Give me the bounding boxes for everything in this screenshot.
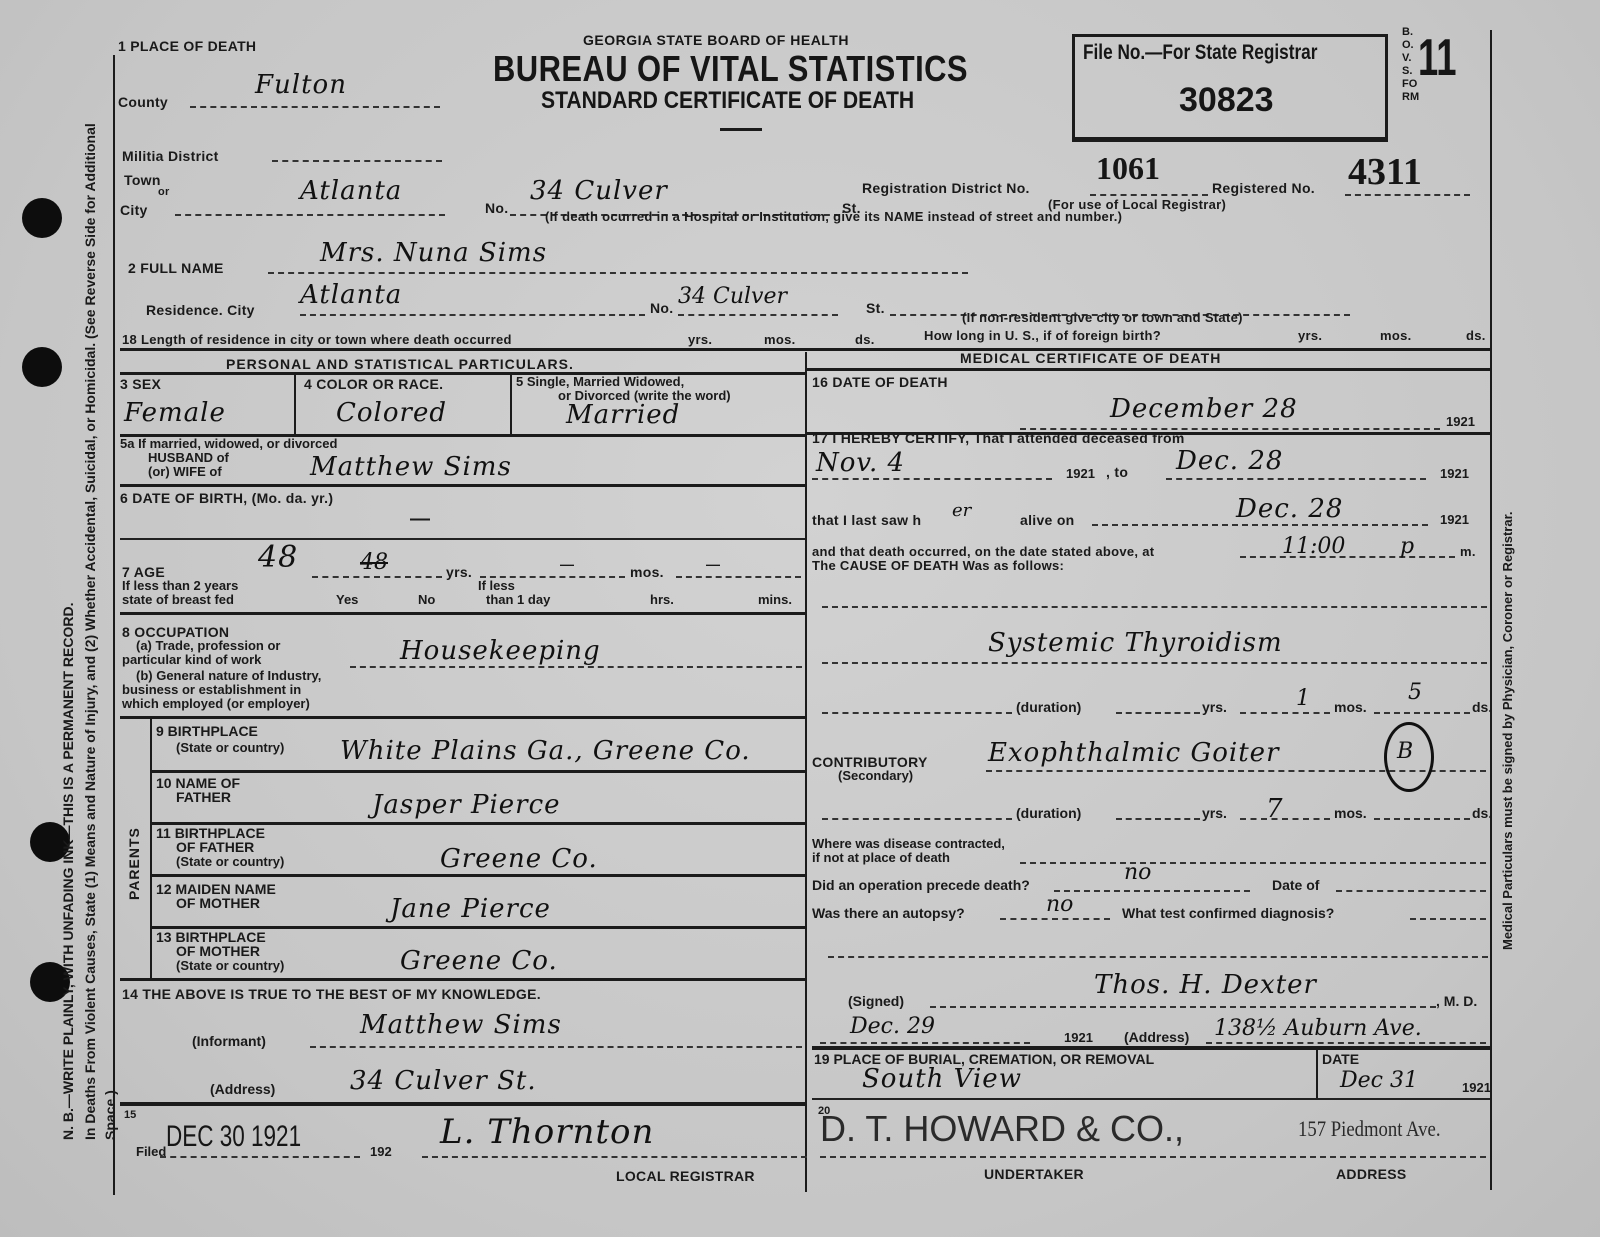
- row-rule-6: [150, 770, 805, 773]
- city-line: [175, 214, 445, 216]
- margin-instruction-right: Medical Particulars must be signed by Ph…: [1500, 511, 1515, 950]
- contrib-mos-label: mos.: [1334, 806, 1367, 821]
- registered-line: [1345, 194, 1470, 196]
- informant-line: [310, 1046, 802, 1048]
- street-no-label: No.: [485, 200, 508, 216]
- sex-label: 3 SEX: [120, 376, 161, 392]
- filed-line: [160, 1156, 360, 1158]
- contrib-yrs-label: yrs.: [1202, 806, 1227, 821]
- father-bp-label-2: OF FATHER: [176, 840, 254, 855]
- age-ds-value[interactable]: —: [706, 556, 720, 572]
- time-line: [1240, 556, 1455, 558]
- contrib-yrs-value[interactable]: 7: [1266, 794, 1284, 824]
- dob-value[interactable]: —: [410, 508, 430, 531]
- birthplace-value[interactable]: White Plains Ga., Greene Co.: [340, 736, 751, 766]
- age-mos-label: mos.: [630, 564, 664, 580]
- occupation-value[interactable]: Housekeeping: [400, 636, 601, 666]
- residence-street-value[interactable]: 34 Culver: [678, 284, 787, 309]
- personal-title-rule: [120, 372, 805, 375]
- secondary-label: (Secondary): [838, 768, 913, 783]
- marital-label-1: 5 Single, Married Widowed,: [516, 374, 684, 389]
- signed-label: (Signed): [848, 994, 904, 1009]
- length-ds: ds.: [855, 332, 875, 347]
- cause-value[interactable]: Systemic Thyroidism: [988, 628, 1283, 658]
- yes-label: Yes: [336, 592, 358, 607]
- circled-mark: B: [1384, 722, 1434, 792]
- if-less-label: If less: [478, 578, 515, 593]
- death-certificate: N. B.—WRITE PLAINLY, WITH UNFADING INK—T…: [0, 0, 1600, 1237]
- county-value[interactable]: Fulton: [255, 70, 347, 100]
- file-number-box: File No.—For State Registrar 30823: [1072, 34, 1388, 142]
- mother-bp-value[interactable]: Greene Co.: [400, 946, 558, 976]
- sign-year: 1921: [1064, 1030, 1093, 1045]
- attended-to-value[interactable]: Dec. 28: [1176, 446, 1283, 476]
- father-label-2: FATHER: [176, 790, 231, 805]
- than-1-day-label: than 1 day: [486, 592, 550, 607]
- cause-label: The CAUSE OF DEATH Was as follows:: [812, 558, 1064, 573]
- foreign-mos: mos.: [1380, 328, 1412, 343]
- county-label: County: [118, 94, 168, 110]
- parents-left-rule: [150, 718, 152, 978]
- frame-right: [1490, 30, 1492, 1190]
- occ-line: [350, 666, 802, 668]
- reg-district-value[interactable]: 1061: [1096, 150, 1160, 187]
- city-value[interactable]: Atlanta: [300, 176, 402, 206]
- mother-value[interactable]: Jane Pierce: [390, 894, 551, 924]
- full-name-line: [268, 272, 968, 274]
- breastfed-label-1: If less than 2 years: [122, 578, 238, 593]
- burial-date-value[interactable]: Dec 31: [1340, 1068, 1418, 1093]
- race-marital-divider: [510, 372, 512, 434]
- burial-date-label: DATE: [1322, 1052, 1359, 1067]
- sign-date-value[interactable]: Dec. 29: [850, 1014, 935, 1039]
- age-ds-line: [676, 576, 801, 578]
- marital-value[interactable]: Married: [566, 400, 680, 430]
- city-label: City: [120, 202, 148, 218]
- contributory-value[interactable]: Exophthalmic Goiter: [988, 738, 1280, 768]
- undertaker-stamp[interactable]: D. T. HOWARD & CO.,: [820, 1108, 1184, 1150]
- or-label: or: [158, 186, 170, 198]
- bureau-title: BUREAU OF VITAL STATISTICS: [493, 48, 968, 90]
- dod-year[interactable]: 1921: [1446, 414, 1475, 429]
- undertaker-label: UNDERTAKER: [984, 1166, 1084, 1182]
- nonresident-note: (If non-resident give city or town and S…: [962, 310, 1243, 325]
- occ-a-label-2: particular kind of work: [122, 652, 261, 667]
- cause-yrs-label: yrs.: [1202, 700, 1227, 715]
- father-bp-label-3: (State or country): [176, 854, 284, 869]
- meridiem-value[interactable]: p: [1400, 534, 1414, 559]
- dob-label: 6 DATE OF BIRTH, (Mo. da. yr.): [120, 490, 333, 506]
- spouse-value[interactable]: Matthew Sims: [310, 452, 512, 482]
- breastfed-label-2: state of breast fed: [122, 592, 234, 607]
- attended-from-line: [812, 478, 1052, 480]
- parents-label: PARENTS: [126, 827, 142, 900]
- hrs-label: hrs.: [650, 592, 674, 607]
- place-of-death-label: 1 PLACE OF DEATH: [118, 38, 256, 54]
- physician-signature[interactable]: Thos. H. Dexter: [1094, 970, 1317, 1000]
- contrib-duration-line: [822, 818, 1012, 820]
- informant-value[interactable]: Matthew Sims: [360, 1010, 562, 1040]
- physician-address-value[interactable]: 138½ Auburn Ave.: [1214, 1016, 1422, 1041]
- sex-race-divider: [294, 372, 296, 434]
- militia-line: [272, 160, 442, 162]
- column-divider: [805, 352, 807, 1192]
- to-label: , to: [1106, 464, 1128, 480]
- age-yrs-label: yrs.: [446, 564, 472, 580]
- sex-value[interactable]: Female: [124, 398, 226, 428]
- attended-year-1: 1921: [1066, 466, 1095, 481]
- personal-section-title: PERSONAL AND STATISTICAL PARTICULARS.: [226, 356, 574, 372]
- cause-line-1: [822, 606, 1487, 608]
- dod-label: 16 DATE OF DEATH: [812, 374, 948, 390]
- test-label: What test confirmed diagnosis?: [1122, 906, 1334, 921]
- attended-to-line: [1166, 478, 1426, 480]
- md-label: , M. D.: [1436, 994, 1477, 1009]
- cause-duration-label: (duration): [1016, 700, 1081, 715]
- certificate-title: STANDARD CERTIFICATE OF DEATH: [541, 87, 914, 115]
- birthplace-label-2: (State or country): [176, 740, 284, 755]
- last-saw-year: 1921: [1440, 512, 1469, 527]
- spouse-label-2: HUSBAND of: [148, 450, 229, 465]
- length-yrs: yrs.: [688, 332, 712, 347]
- foreign-label: How long in U. S., if of foreign birth?: [924, 328, 1161, 343]
- sign-date-line: [820, 1042, 1030, 1044]
- row-rule-10: [120, 978, 805, 981]
- physician-address-line: [1206, 1042, 1486, 1044]
- length-mos: mos.: [764, 332, 796, 347]
- registered-label: Registered No.: [1212, 180, 1315, 196]
- m-label: m.: [1460, 544, 1476, 559]
- cause-mos-label: mos.: [1334, 700, 1367, 715]
- residence-city-line: [300, 314, 645, 316]
- cause-mos-line: [1240, 712, 1330, 714]
- undertaker-address-stamp[interactable]: 157 Piedmont Ave.: [1298, 1116, 1441, 1142]
- cause-mos-value[interactable]: 1: [1296, 686, 1310, 711]
- contrib-ds-label: ds.: [1472, 806, 1492, 821]
- age-mos-value[interactable]: —: [560, 556, 574, 572]
- alive-on-label: alive on: [1020, 512, 1075, 528]
- full-name-label: 2 FULL NAME: [128, 260, 224, 276]
- row-rule-2: [120, 484, 805, 487]
- autopsy-label: Was there an autopsy?: [812, 906, 965, 921]
- burial-date-divider: [1316, 1050, 1318, 1098]
- physician-address-label: (Address): [1124, 1030, 1189, 1045]
- cause-line-2: [822, 662, 1487, 664]
- signed-line: [930, 1006, 1436, 1008]
- row-rule-3: [120, 538, 805, 540]
- mins-label: mins.: [758, 592, 792, 607]
- board-of-health: GEORGIA STATE BOARD OF HEALTH: [583, 32, 849, 48]
- registrar-label: LOCAL REGISTRAR: [616, 1168, 755, 1184]
- occ-a-label-1: (a) Trade, profession or: [136, 638, 280, 653]
- father-bp-value[interactable]: Greene Co.: [440, 844, 598, 874]
- hospital-note: (If death ocurred in a Hospital or Insti…: [545, 209, 1122, 224]
- date-of-line: [1336, 890, 1486, 892]
- where-line: [1020, 862, 1486, 864]
- spouse-label-3: (or) WIFE of: [148, 464, 222, 479]
- certify-label: 17 I HEREBY CERTIFY, That I attended dec…: [812, 430, 1185, 446]
- foreign-ds: ds.: [1466, 328, 1486, 343]
- dod-value[interactable]: December 28: [1110, 394, 1298, 424]
- last-saw-line: [1092, 524, 1428, 526]
- mother-bp-label-3: (State or country): [176, 958, 284, 973]
- residence-street-line: [678, 314, 838, 316]
- time-value[interactable]: 11:00: [1282, 534, 1345, 559]
- county-line: [190, 106, 440, 108]
- birthplace-label-1: 9 BIRTHPLACE: [156, 724, 258, 739]
- burial-year: 1921: [1462, 1080, 1491, 1095]
- age-yrs-line: [312, 576, 442, 578]
- occ-b-label-1: (b) General nature of Industry,: [136, 668, 321, 683]
- cause-ds-line: [1374, 712, 1470, 714]
- spouse-label-1: 5a If married, widowed, or divorced: [120, 436, 337, 451]
- age-value[interactable]: 48: [258, 540, 298, 575]
- file-box-label: File No.—For State Registrar: [1083, 41, 1317, 65]
- undertaker-address-label: ADDRESS: [1336, 1166, 1407, 1182]
- mother-label-2: OF MOTHER: [176, 896, 260, 911]
- residence-city-value[interactable]: Atlanta: [300, 280, 402, 310]
- attended-year-2: 1921: [1440, 466, 1469, 481]
- where-label-1: Where was disease contracted,: [812, 836, 1005, 851]
- contrib-duration-label: (duration): [1016, 806, 1081, 821]
- registrar-line: [422, 1156, 807, 1158]
- filed-number: 15: [124, 1108, 136, 1123]
- militia-label: Militia District: [122, 148, 219, 164]
- age-struck: 48: [360, 550, 388, 575]
- autopsy-line: [1000, 918, 1110, 920]
- occurred-label: and that death occurred, on the date sta…: [812, 544, 1154, 559]
- registered-value[interactable]: 4311: [1348, 150, 1422, 194]
- operation-label: Did an operation precede death?: [812, 878, 1030, 893]
- last-saw-value[interactable]: Dec. 28: [1236, 494, 1343, 524]
- title-rule: [720, 128, 762, 131]
- town-label: Town: [124, 172, 161, 188]
- test-line: [1410, 918, 1486, 920]
- where-label-2: if not at place of death: [812, 850, 950, 865]
- burial-place-value[interactable]: South View: [862, 1064, 1022, 1094]
- residence-no-label: No.: [650, 300, 673, 316]
- last-saw-label: that I last saw h: [812, 512, 921, 528]
- cause-ds-value[interactable]: 5: [1408, 680, 1422, 705]
- cause-yrs-line: [1116, 712, 1200, 714]
- informant-address-value[interactable]: 34 Culver St.: [350, 1066, 537, 1096]
- informant-label: (Informant): [192, 1034, 266, 1049]
- medical-section-title: MEDICAL CERTIFICATE OF DEATH: [960, 350, 1221, 366]
- file-number: 30823: [1179, 81, 1274, 120]
- undertaker-line: [820, 1156, 1486, 1158]
- contrib-mos-line: [1240, 818, 1330, 820]
- punch-hole-1: [22, 198, 62, 238]
- row-rule-5: [120, 716, 805, 719]
- section-rule-top: [120, 348, 1490, 351]
- mother-bp-label-2: OF MOTHER: [176, 944, 260, 959]
- operation-value[interactable]: no: [1124, 860, 1151, 885]
- street-value[interactable]: 34 Culver: [530, 176, 668, 206]
- informant-address-label: (Address): [210, 1082, 275, 1097]
- residence-st-label: St.: [866, 300, 885, 316]
- occ-b-label-3: which employed (or employer): [122, 696, 310, 711]
- margin-instruction-1: N. B.—WRITE PLAINLY, WITH UNFADING INK—T…: [60, 603, 76, 1140]
- father-value[interactable]: Jasper Pierce: [372, 790, 561, 820]
- last-saw-pronoun[interactable]: er: [952, 500, 971, 521]
- blank-line: [828, 956, 1488, 958]
- cause-duration-line: [822, 712, 1012, 714]
- medical-title-rule: [805, 368, 1490, 371]
- attended-from-value[interactable]: Nov. 4: [816, 448, 905, 478]
- race-label: 4 COLOR OR RACE.: [304, 376, 443, 392]
- true-statement: 14 THE ABOVE IS TRUE TO THE BEST OF MY K…: [122, 986, 541, 1002]
- med-rule-burial: [812, 1046, 1490, 1050]
- row-rule-4: [120, 612, 805, 615]
- no-label: No: [418, 592, 435, 607]
- filed-suffix: 192: [370, 1144, 392, 1159]
- reg-district-line: [1090, 194, 1208, 196]
- registrar-signature[interactable]: L. Thornton: [440, 1112, 654, 1152]
- length-residence-label: 18 Length of residence in city or town w…: [122, 332, 512, 347]
- form-number: 11: [1418, 28, 1456, 88]
- punch-hole-2: [22, 347, 62, 387]
- reg-district-label: Registration District No.: [862, 180, 1030, 196]
- race-value[interactable]: Colored: [336, 398, 447, 428]
- contrib-ds-line: [1374, 818, 1470, 820]
- filed-date-stamp[interactable]: DEC 30 1921: [166, 1120, 301, 1154]
- circled-mark-letter: B: [1397, 739, 1413, 764]
- full-name-value[interactable]: Mrs. Nuna Sims: [320, 238, 547, 268]
- med-rule-undertaker: [812, 1098, 1490, 1100]
- cause-ds-label: ds.: [1472, 700, 1492, 715]
- frame-left: [113, 55, 115, 1195]
- occ-b-label-2: business or establishment in: [122, 682, 301, 697]
- foreign-yrs: yrs.: [1298, 328, 1322, 343]
- row-rule-8: [150, 874, 805, 877]
- operation-line: [1054, 890, 1250, 892]
- residence-label: Residence. City: [146, 302, 255, 318]
- date-of-label: Date of: [1272, 878, 1319, 893]
- autopsy-value[interactable]: no: [1046, 892, 1073, 917]
- contrib-yrs-line: [1116, 818, 1200, 820]
- row-rule-11: [120, 1102, 805, 1106]
